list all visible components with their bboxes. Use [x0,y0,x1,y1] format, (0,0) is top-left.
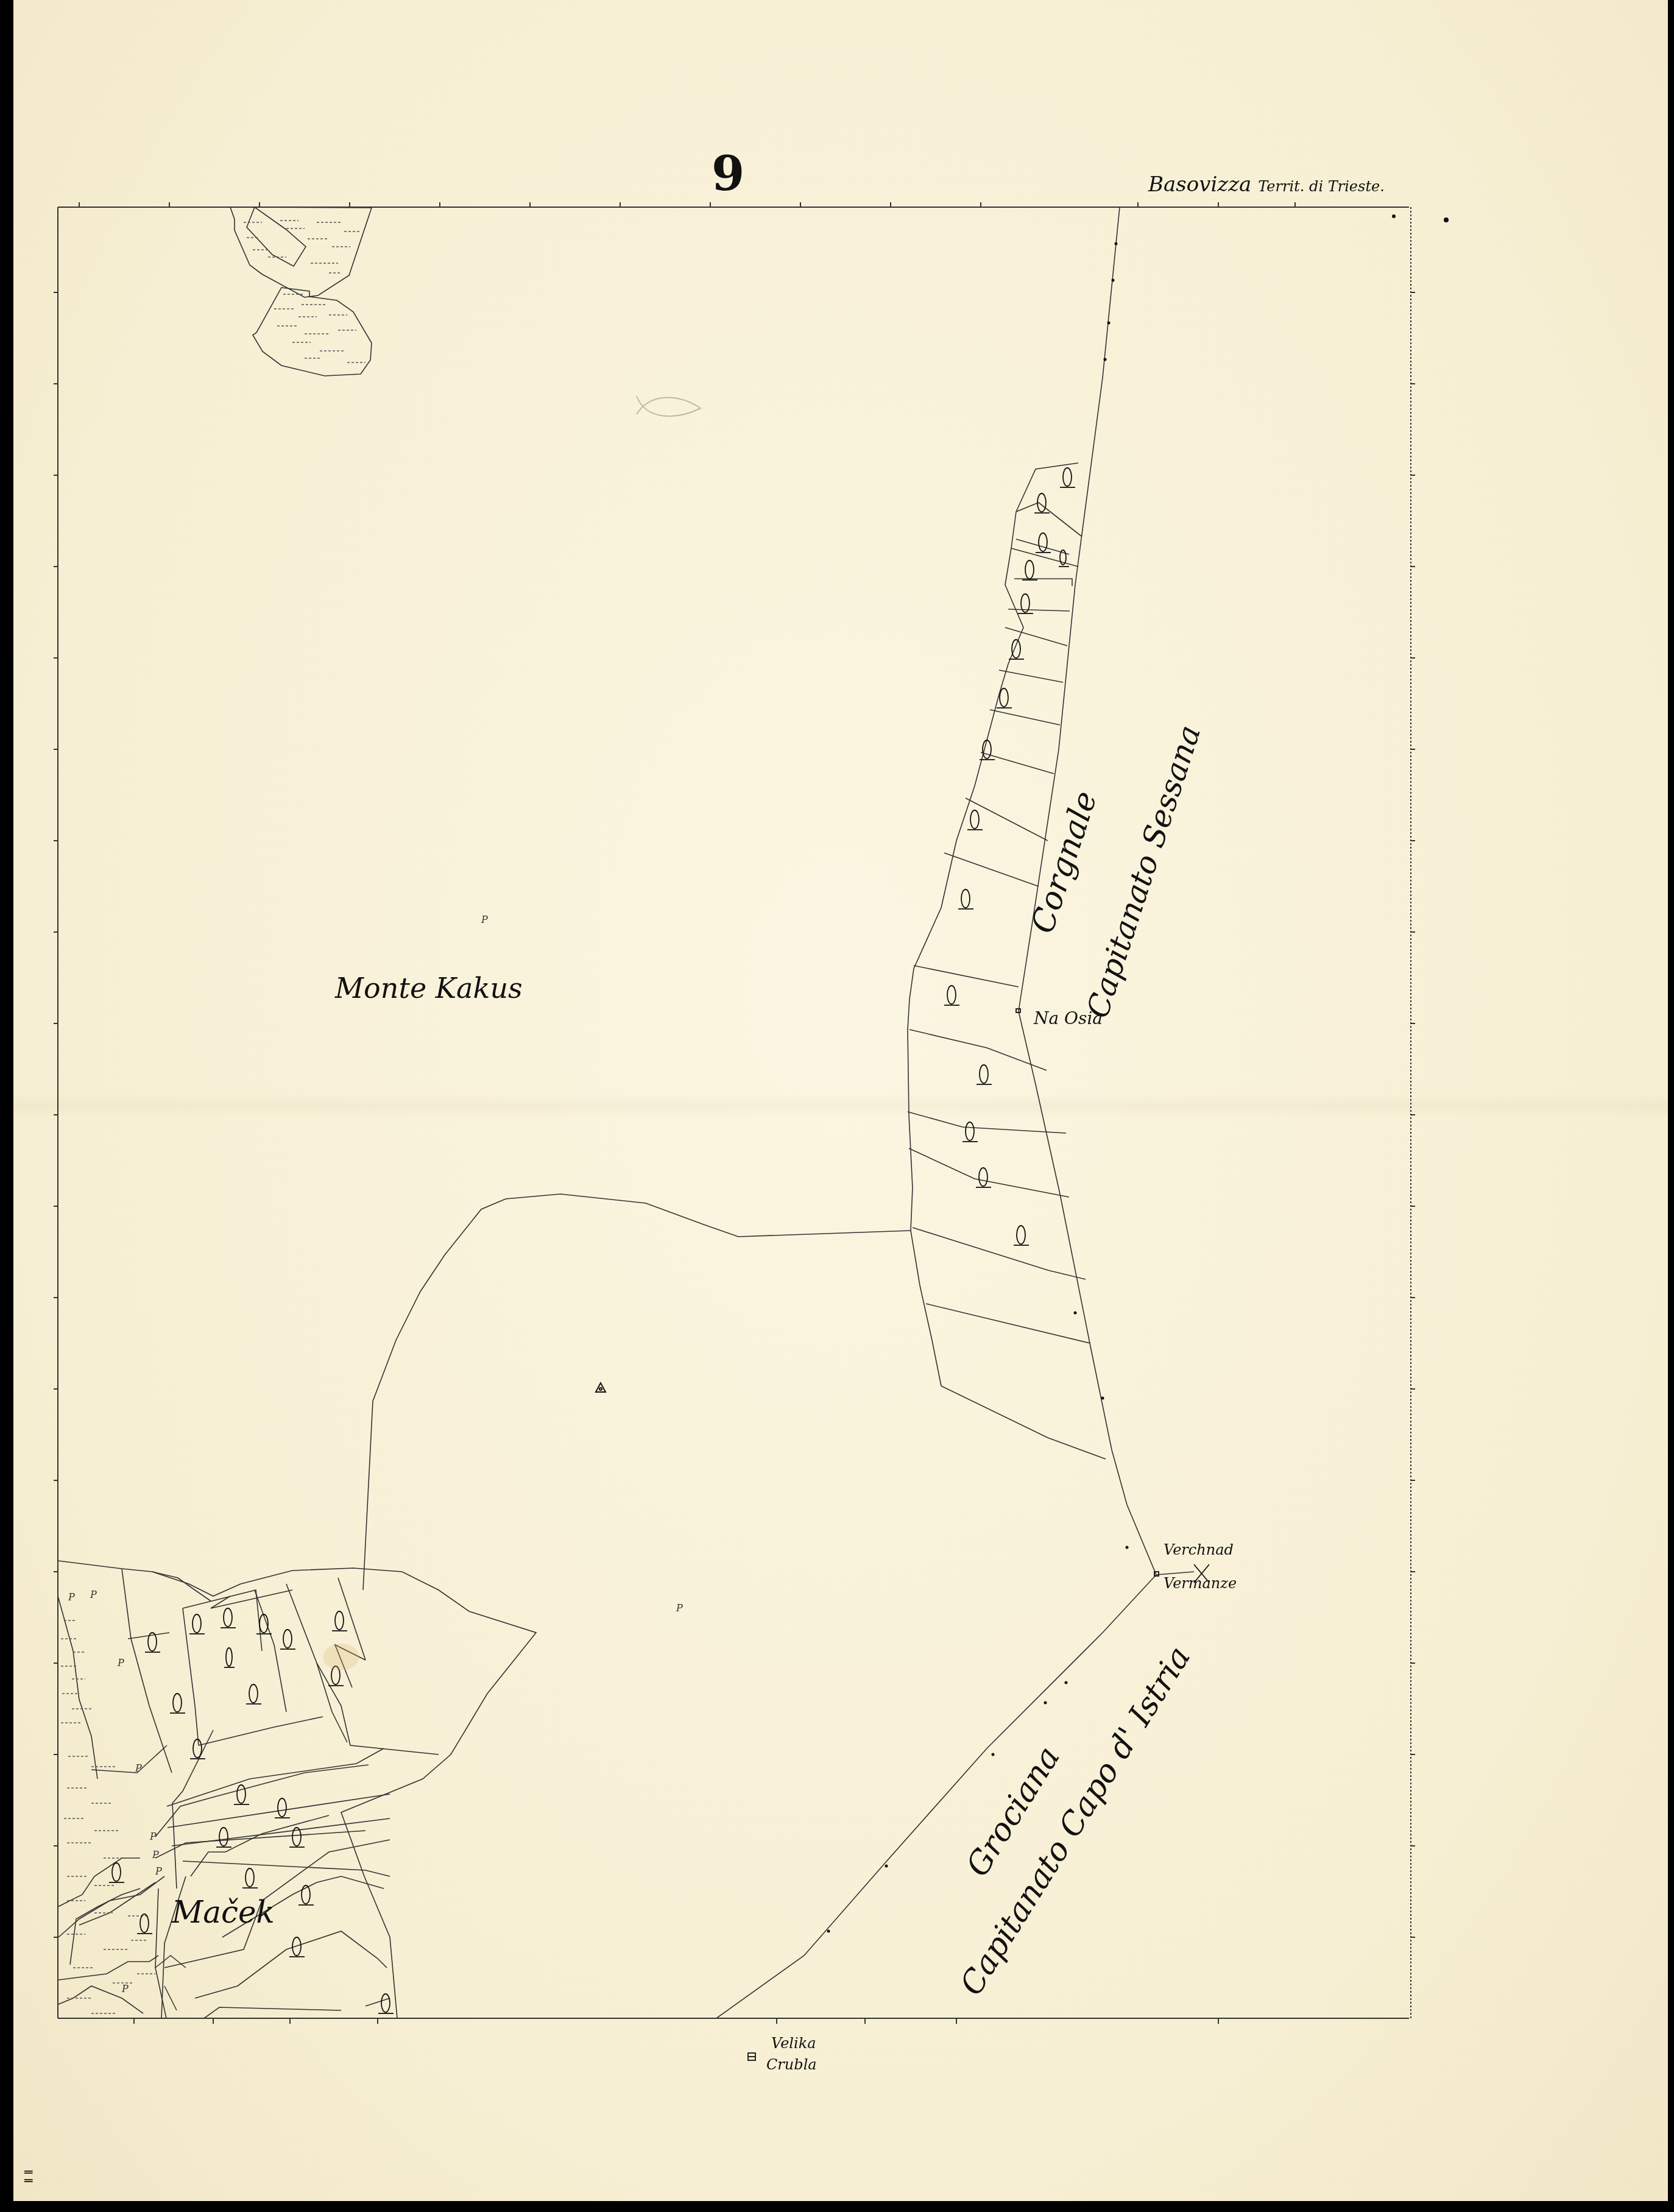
sheet-number: 9 [712,146,744,202]
margin-note: ══ [24,2169,32,2186]
tree-icon [216,1828,231,1847]
neatline [58,207,1411,2018]
boundary-marker-icon [748,1009,1159,2060]
water-parcel [230,207,372,297]
water-parcel-inner [247,207,306,266]
tree-icon [1018,594,1033,613]
tree-icon [997,688,1012,708]
label-vermanze: Vermanze [1164,1575,1237,1592]
parcel-lines [58,207,1194,2018]
water-hatching [61,221,366,2013]
tree-icon [137,1914,152,1934]
pencil-scribble [637,396,701,416]
tree-icon [958,889,973,909]
cadastral-map [0,0,1674,2212]
tree-icon [298,1885,314,1905]
pasture-mark: P [118,1657,124,1669]
label-crubla: Crubla [766,2056,817,2073]
pasture-mark: P [135,1762,142,1774]
tree-icon [242,1868,258,1888]
label-velika: Velika [771,2035,816,2052]
tree-symbols [109,468,1075,2013]
pasture-mark: P [68,1591,75,1603]
tree-icon [275,1798,290,1818]
label-monte-kakus: Monte Kakus [335,972,523,1005]
territory-name: Territ. di Trieste. [1258,178,1385,195]
boundary-stones [827,214,1449,1933]
tree-icon [967,810,983,830]
tree-icon [289,1937,305,1957]
tree-icon [189,1614,205,1634]
tree-icon [976,1168,991,1187]
tree-icon [332,1611,347,1631]
sheet-title: Basovizza Territ. di Trieste. [1148,172,1385,197]
hill-boundary [363,1194,911,1590]
pasture-mark: P [90,1589,97,1600]
pasture-mark: P [676,1602,683,1614]
pasture-mark: P [150,1831,157,1842]
label-verchnad: Verchnad [1164,1541,1234,1558]
tree-icon [190,1739,205,1759]
tree-icon [378,1994,394,2013]
tree-icon [1036,533,1051,553]
pasture-mark: P [481,914,488,925]
label-macek: Maček [172,1895,275,1930]
grid-ticks [54,202,1415,2024]
pasture-mark: P [155,1865,162,1877]
tree-icon [224,1648,235,1667]
tree-icon [976,1065,992,1084]
pasture-mark: P [122,1983,129,1995]
stain [323,1644,359,1670]
tree-icon [1022,560,1037,580]
boundary-sessana [1019,1011,1156,1575]
tree-icon [170,1694,185,1713]
municipality-name: Basovizza [1148,172,1251,197]
tree-icon [1060,468,1075,487]
tree-icon [944,986,959,1005]
triangle-icon [596,1383,606,1392]
tree-icon [221,1608,236,1628]
tree-icon [1014,1226,1029,1245]
pasture-mark: P [152,1849,159,1860]
tree-icon [962,1122,978,1142]
tree-icon [246,1684,261,1704]
tree-icon [280,1630,295,1649]
tree-icon [980,740,995,760]
tree-icon [109,1863,124,1882]
